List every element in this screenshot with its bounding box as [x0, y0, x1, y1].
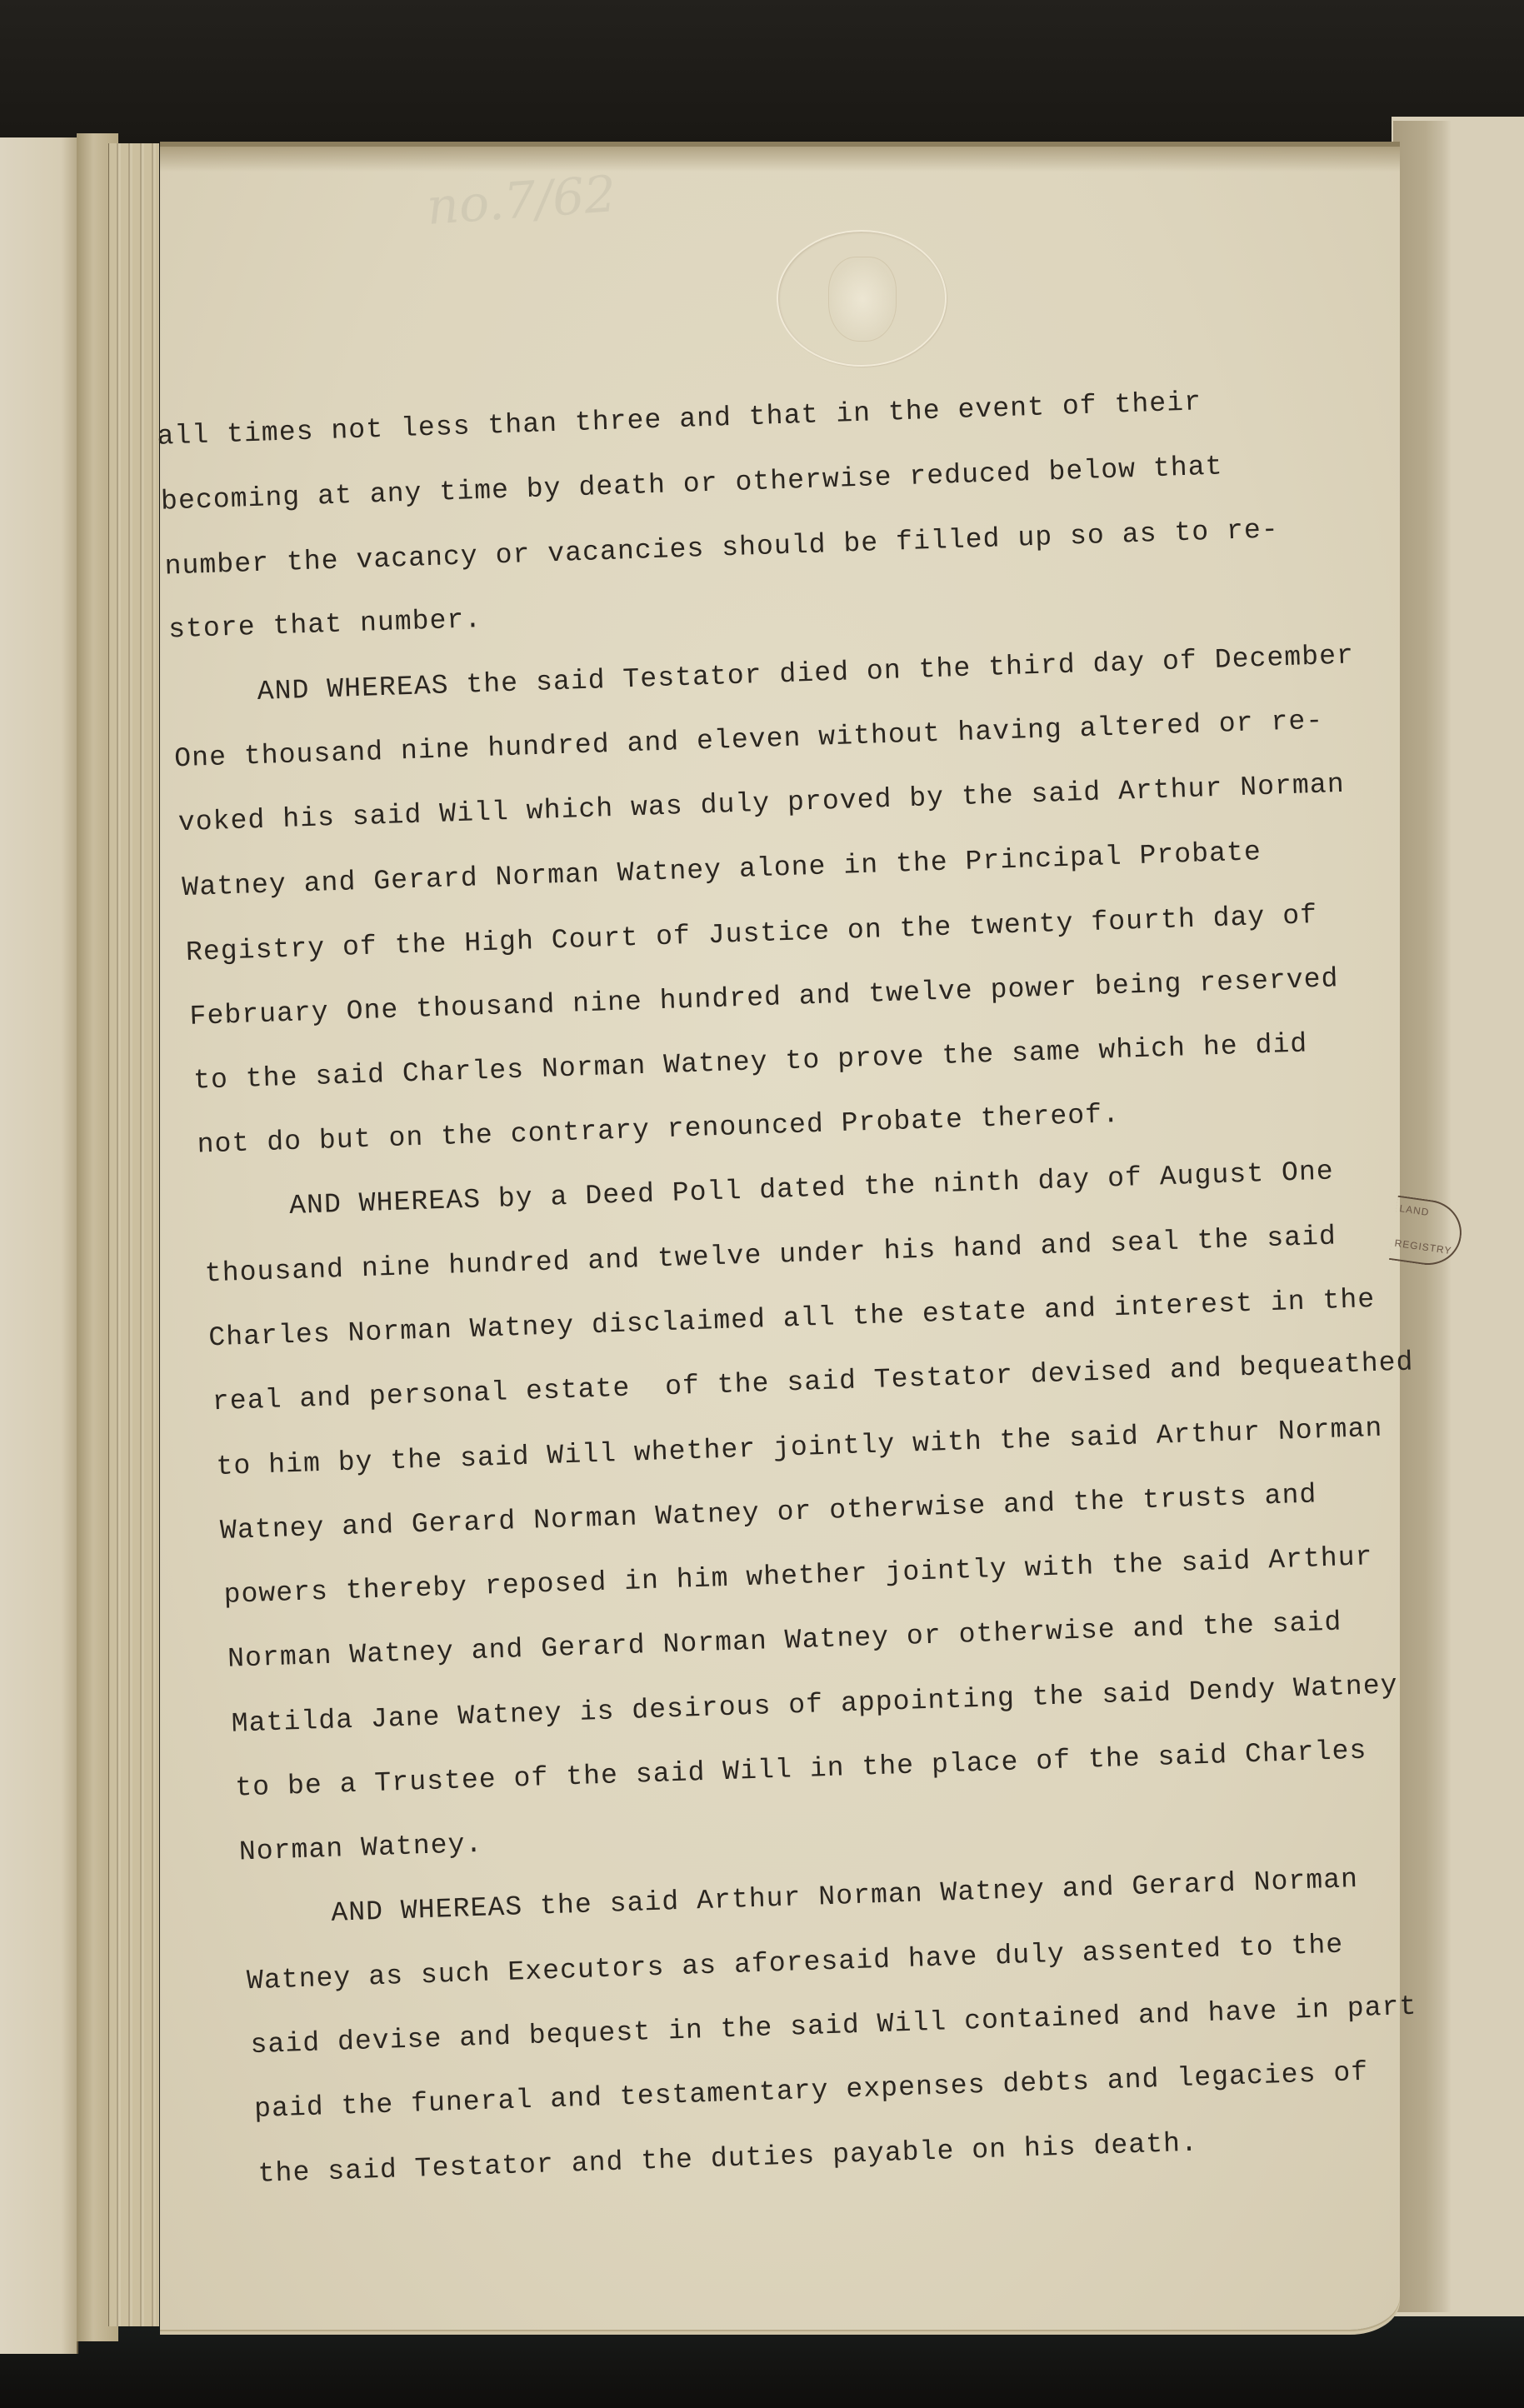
paragraph-start: AND WHEREAS the said Arthur Norman Watne… — [331, 1864, 1359, 1929]
text-line: all times not less than three and that i… — [157, 387, 1202, 452]
text-line: said devise and bequest in the said Will… — [250, 1991, 1417, 2061]
text-line: number the vacancy or vacancies should b… — [164, 514, 1279, 582]
left-facing-page — [0, 137, 78, 2354]
text-line: not do but on the contrary renounced Pro… — [197, 1099, 1120, 1161]
text-line: powers thereby reposed in him whether jo… — [223, 1541, 1373, 1611]
text-line: real and personal estate of the said Tes… — [212, 1346, 1414, 1417]
text-line: to him by the said Will whether jointly … — [216, 1413, 1383, 1482]
text-line: voked his said Will which was duly prove… — [177, 769, 1345, 838]
text-line: One thousand nine hundred and eleven wit… — [174, 706, 1324, 775]
text-line: store that number. — [168, 604, 482, 645]
text-line: Norman Watney and Gerard Norman Watney o… — [227, 1606, 1342, 1674]
text-line: the said Testator and the duties payable… — [257, 2128, 1198, 2190]
text-line: Norman Watney. — [238, 1829, 483, 1868]
text-line: Matilda Jane Watney is desirous of appoi… — [231, 1670, 1398, 1739]
text-line: paid the funeral and testamentary expens… — [254, 2057, 1369, 2125]
text-line: Watney as such Executors as aforesaid ha… — [246, 1930, 1343, 1997]
stamp-text-top: LAND — [1399, 1202, 1431, 1218]
text-line: Watney and Gerard Norman Watney alone in… — [182, 837, 1262, 903]
text-line: becoming at any time by death or otherwi… — [161, 451, 1224, 517]
text-line: thousand nine hundred and twelve under h… — [204, 1221, 1337, 1289]
document-body: all times not less than three and that i… — [147, 105, 1468, 2311]
stacked-page-edges — [108, 143, 159, 2326]
text-line: Registry of the High Court of Justice on… — [185, 900, 1317, 968]
paragraph-start: AND WHEREAS the said Testator died on th… — [257, 640, 1354, 707]
text-line: February One thousand nine hundred and t… — [189, 963, 1339, 1032]
stamp-text-bottom: REGISTRY — [1394, 1237, 1452, 1256]
text-line: Charles Norman Watney disclaimed all the… — [208, 1284, 1376, 1353]
document-page: no.7/62 all times not less than three an… — [160, 142, 1400, 2330]
text-line: to be a Trustee of the said Will in the … — [235, 1736, 1367, 1804]
paragraph-start: AND WHEREAS by a Deed Poll dated the nin… — [289, 1156, 1335, 1221]
text-line: Watney and Gerard Norman Watney or other… — [220, 1479, 1317, 1546]
text-line: to the said Charles Norman Watney to pro… — [193, 1028, 1308, 1096]
